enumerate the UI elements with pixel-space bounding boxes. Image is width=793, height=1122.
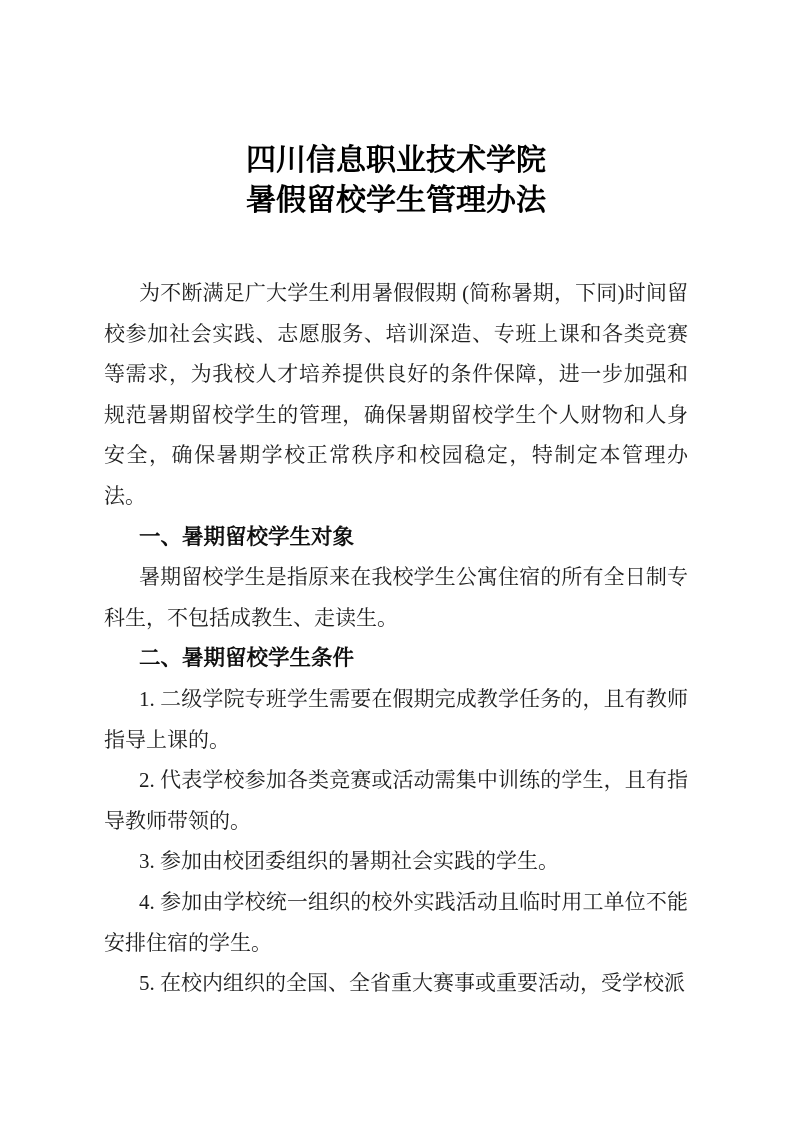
document-page: 四川信息职业技术学院 暑假留校学生管理办法 为不断满足广大学生利用暑假假期 (简… — [0, 0, 793, 1122]
condition-item-2: 2. 代表学校参加各类竞赛或活动需集中训练的学生，且有指导教师带领的。 — [104, 760, 688, 841]
title-line-1: 四川信息职业技术学院 — [104, 141, 688, 181]
section-2-heading: 二、暑期留校学生条件 — [104, 638, 688, 679]
intro-paragraph: 为不断满足广大学生利用暑假假期 (简称暑期，下同)时间留校参加社会实践、志愿服务… — [104, 273, 688, 517]
document-body: 为不断满足广大学生利用暑假假期 (简称暑期，下同)时间留校参加社会实践、志愿服务… — [104, 273, 688, 1004]
condition-item-4: 4. 参加由学校统一组织的校外实践活动且临时用工单位不能安排住宿的学生。 — [104, 882, 688, 963]
condition-item-5: 5. 在校内组织的全国、全省重大赛事或重要活动，受学校派 — [104, 963, 688, 1004]
condition-item-3: 3. 参加由校团委组织的暑期社会实践的学生。 — [104, 841, 688, 882]
condition-item-1: 1. 二级学院专班学生需要在假期完成教学任务的，且有教师指导上课的。 — [104, 679, 688, 760]
section-1-paragraph: 暑期留校学生是指原来在我校学生公寓住宿的所有全日制专科生，不包括成教生、走读生。 — [104, 557, 688, 638]
section-1-heading: 一、暑期留校学生对象 — [104, 517, 688, 558]
title-line-2: 暑假留校学生管理办法 — [104, 181, 688, 221]
document-title: 四川信息职业技术学院 暑假留校学生管理办法 — [104, 141, 688, 221]
